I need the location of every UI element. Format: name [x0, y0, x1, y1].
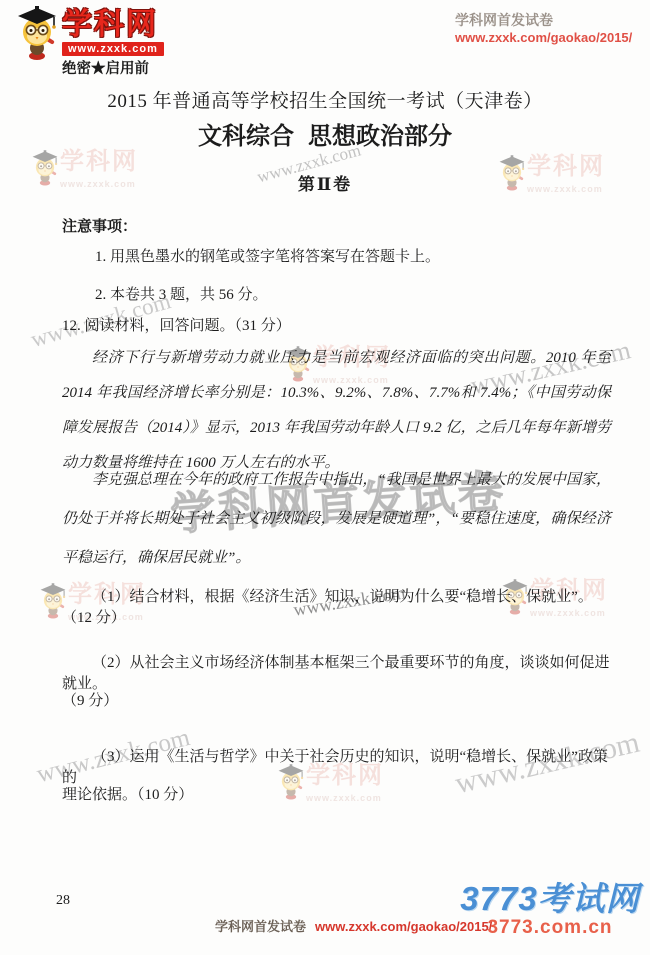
material-paragraph: 经济下行与新增劳动力就业压力是当前宏观经济面临的突出问题。2010 年至 201…	[62, 341, 611, 481]
site-url-bar: www.zxxk.com	[62, 42, 164, 56]
page-number: 28	[56, 893, 70, 909]
header-release-url: www.zxxk.com/gaokao/2015/	[455, 30, 632, 46]
volume-title: 第Ⅱ卷	[0, 170, 650, 195]
sub-question-3-line2: 理论依据。（10 分）	[62, 783, 193, 804]
notes-heading: 注意事项：	[62, 215, 137, 236]
owl-mascot-icon	[14, 6, 60, 62]
footer-3773-name: 3773考试网	[452, 882, 648, 917]
site-brand: 学科网	[62, 8, 158, 41]
sub-question-2: （2）从社会主义市场经济体制基本框架三个最重要环节的角度，谈谈如何促进就业。	[62, 651, 611, 693]
watermark-site-url: www.zxxk.com	[306, 793, 382, 803]
secrecy-label: 绝密★启用前	[62, 57, 149, 78]
sub-question-1: （1）结合材料，根据《经济生活》知识，说明为什么要“稳增长、保就业”。（12 分…	[62, 585, 611, 627]
note-item: 1. 用黑色墨水的钢笔或签字笔将答案写在答题卡上。	[95, 245, 440, 266]
section-name: 思想政治部分	[308, 124, 452, 150]
exam-paper-page: 学科网 www.zxxk.com 学科网 www.zxxk.com 学科网 ww…	[0, 0, 650, 955]
subject-name: 文科综合	[198, 124, 294, 150]
question-stem: 12. 阅读材料，回答问题。（31 分）	[62, 314, 291, 335]
header-release-label: 学科网首发试卷	[455, 12, 632, 30]
header-release-info: 学科网首发试卷 www.zxxk.com/gaokao/2015/	[455, 12, 632, 46]
sub-question-2-score: （9 分）	[62, 689, 118, 710]
note-item: 2. 本卷共 3 题，共 56 分。	[95, 283, 268, 304]
sub-question-3-line1: （3）运用《生活与哲学》中关于社会历史的知识，说明“稳增长、保就业”政策的	[62, 745, 611, 787]
site-logo: 学科网 www.zxxk.com	[14, 6, 164, 62]
footer-release-info: 学科网首发试卷 www.zxxk.com/gaokao/2015/	[215, 916, 492, 935]
footer-release-label: 学科网首发试卷	[215, 916, 306, 935]
material-paragraph: 李克强总理在今年的政府工作报告中指出，“我国是世界上最大的发展中国家，仍处于并将…	[62, 461, 611, 578]
footer-3773-url: 3773.com.cn	[452, 918, 648, 938]
subject-title: 文科综合思想政治部分	[0, 116, 650, 151]
exam-title: 2015 年普通高等学校招生全国统一考试（天津卷）	[0, 86, 650, 113]
footer-3773-logo: 3773考试网 3773.com.cn	[452, 882, 648, 938]
